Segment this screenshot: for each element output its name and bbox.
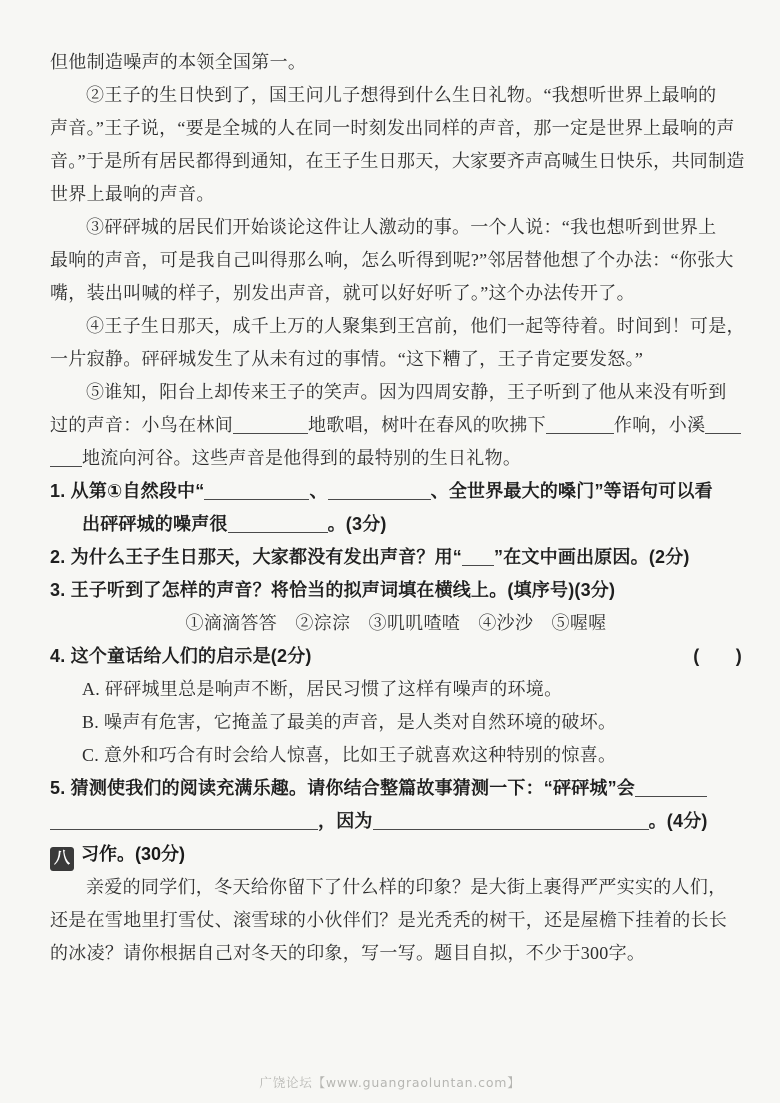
passage-para-5-line-3: 地流向河谷。这些声音是他得到的最特别的生日礼物。 — [50, 442, 742, 475]
text-segment: 但他制造噪声的本领全国第一。 — [50, 52, 306, 72]
line-content: ①滴滴答答 ②淙淙 ③叽叽喳喳 ④沙沙 ⑤喔喔 — [186, 613, 607, 633]
line-content: ，因为。(4分) — [50, 811, 708, 831]
section-number-badge: 八 — [50, 847, 74, 871]
question-1-line-2: 出砰砰城的噪声很。(3分) — [50, 508, 742, 541]
text-segment: 一片寂静。砰砰城发生了从未有过的事情。“这下糟了，王子肯定要发怒。” — [50, 349, 643, 369]
text-segment: 最响的声音，可是我自己叫得那么响，怎么听得到呢?”邻居替他想了个办法：“你张大 — [50, 250, 734, 270]
essay-prompt-line-1: 亲爱的同学们，冬天给你留下了什么样的印象？是大街上裹得严严实实的人们， — [50, 871, 742, 904]
line-content: 过的声音：小鸟在林间地歌唱，树叶在春风的吹拂下作响，小溪 — [50, 415, 741, 435]
text-segment: 亲爱的同学们，冬天给你留下了什么样的印象？是大街上裹得严严实实的人们， — [86, 877, 727, 897]
text-segment: 3. 王子听到了怎样的声音？将恰当的拟声词填在横线上。(填序号)(3分) — [50, 580, 615, 600]
blank-field — [462, 549, 494, 566]
blank-field — [705, 417, 741, 434]
text-segment: 声音。”王子说，“要是全城的人在同一时刻发出同样的声音，那一定是世界上最响的声 — [50, 118, 735, 138]
text-segment: 。(4分) — [649, 811, 708, 831]
text-segment: ，因为 — [318, 811, 373, 831]
question-4: 4. 这个童话给人们的启示是(2分)( ) — [50, 640, 742, 673]
passage-para-4-line-2: 一片寂静。砰砰城发生了从未有过的事情。“这下糟了，王子肯定要发怒。” — [50, 343, 742, 376]
question-3: 3. 王子听到了怎样的声音？将恰当的拟声词填在横线上。(填序号)(3分) — [50, 574, 742, 607]
line-content: ⑤谁知，阳台上却传来王子的笑声。因为四周安静，王子听到了他从来没有听到 — [86, 382, 727, 402]
line-content: 3. 王子听到了怎样的声音？将恰当的拟声词填在横线上。(填序号)(3分) — [50, 580, 615, 600]
line-content: 一片寂静。砰砰城发生了从未有过的事情。“这下糟了，王子肯定要发怒。” — [50, 349, 643, 369]
text-segment: 的冰凌？请你根据自己对冬天的印象，写一写。题目自拟，不少于300字。 — [50, 943, 645, 963]
line-content: 还是在雪地里打雪仗、滚雪球的小伙伴们？是光秃秃的树干，还是屋檐下挂着的长长 — [50, 910, 727, 930]
question-4-choice-c: C. 意外和巧合有时会给人惊喜，比如王子就喜欢这种特别的惊喜。 — [50, 739, 742, 772]
text-segment: ④王子生日那天，成千上万的人聚集到王宫前，他们一起等待着。时间到！可是， — [86, 316, 745, 336]
text-segment: 。(3分) — [328, 514, 387, 534]
question-1-line-1: 1. 从第①自然段中“、、全世界最大的嗓门”等语句可以看 — [50, 475, 742, 508]
passage-para-2-line-2: 声音。”王子说，“要是全城的人在同一时刻发出同样的声音，那一定是世界上最响的声 — [50, 112, 742, 145]
line-content: 1. 从第①自然段中“、、全世界最大的嗓门”等语句可以看 — [50, 481, 713, 501]
essay-prompt-line-2: 还是在雪地里打雪仗、滚雪球的小伙伴们？是光秃秃的树干，还是屋檐下挂着的长长 — [50, 904, 742, 937]
passage-para-4-line-1: ④王子生日那天，成千上万的人聚集到王宫前，他们一起等待着。时间到！可是， — [50, 310, 742, 343]
exam-paper-page: 但他制造噪声的本领全国第一。②王子的生日快到了，国王问儿子想得到什么生日礼物。“… — [0, 0, 780, 1103]
text-segment: 过的声音：小鸟在林间 — [50, 415, 233, 435]
text-segment: 嘴，装出叫喊的样子，别发出声音，就可以好好听了。”这个办法传开了。 — [50, 283, 635, 303]
blank-field — [635, 780, 707, 797]
section-8-header: 八习作。(30分) — [50, 838, 742, 871]
line-content: 出砰砰城的噪声很。(3分) — [82, 514, 387, 534]
passage-para-5-line-1: ⑤谁知，阳台上却传来王子的笑声。因为四周安静，王子听到了他从来没有听到 — [50, 376, 742, 409]
blank-field — [228, 516, 328, 533]
line-content: 嘴，装出叫喊的样子，别发出声音，就可以好好听了。”这个办法传开了。 — [50, 283, 635, 303]
passage-line-1: 但他制造噪声的本领全国第一。 — [50, 46, 742, 79]
text-segment: ①滴滴答答 ②淙淙 ③叽叽喳喳 ④沙沙 ⑤喔喔 — [186, 613, 607, 633]
exam-content: 但他制造噪声的本领全国第一。②王子的生日快到了，国王问儿子想得到什么生日礼物。“… — [50, 46, 742, 970]
blank-field — [50, 450, 82, 467]
text-segment: B. 噪声有危害，它掩盖了最美的声音，是人类对自然环境的破坏。 — [82, 712, 616, 732]
essay-prompt-line-3: 的冰凌？请你根据自己对冬天的印象，写一写。题目自拟，不少于300字。 — [50, 937, 742, 970]
line-content: 2. 为什么王子生日那天，大家都没有发出声音？用“”在文中画出原因。(2分) — [50, 547, 690, 567]
line-content: 的冰凌？请你根据自己对冬天的印象，写一写。题目自拟，不少于300字。 — [50, 943, 645, 963]
text-segment: 作响，小溪 — [614, 415, 706, 435]
text-segment: 1. 从第①自然段中“ — [50, 481, 204, 501]
text-segment: 4. 这个童话给人们的启示是(2分) — [50, 646, 312, 666]
line-content: C. 意外和巧合有时会给人惊喜，比如王子就喜欢这种特别的惊喜。 — [82, 745, 616, 765]
line-content: 地流向河谷。这些声音是他得到的最特别的生日礼物。 — [50, 448, 521, 468]
text-segment: 地流向河谷。这些声音是他得到的最特别的生日礼物。 — [82, 448, 521, 468]
text-segment: ⑤谁知，阳台上却传来王子的笑声。因为四周安静，王子听到了他从来没有听到 — [86, 382, 727, 402]
passage-para-3-line-1: ③砰砰城的居民们开始谈论这件让人激动的事。一个人说：“我也想听到世界上 — [50, 211, 742, 244]
question-5-line-1: 5. 猜测使我们的阅读充满乐趣。请你结合整篇故事猜测一下：“砰砰城”会 — [50, 772, 742, 805]
text-segment: 出砰砰城的噪声很 — [82, 514, 228, 534]
question-3-options: ①滴滴答答 ②淙淙 ③叽叽喳喳 ④沙沙 ⑤喔喔 — [50, 607, 742, 640]
text-segment: 2. 为什么王子生日那天，大家都没有发出声音？用“ — [50, 547, 462, 567]
text-segment: 世界上最响的声音。 — [50, 184, 215, 204]
blank-field — [328, 483, 431, 500]
text-segment: C. 意外和巧合有时会给人惊喜，比如王子就喜欢这种特别的惊喜。 — [82, 745, 616, 765]
blank-field — [373, 813, 649, 830]
blank-field — [233, 417, 308, 434]
line-content: 音。”于是所有居民都得到通知，在王子生日那天，大家要齐声高喊生日快乐，共同制造 — [50, 151, 745, 171]
line-content: 但他制造噪声的本领全国第一。 — [50, 52, 306, 72]
passage-para-2-line-3: 音。”于是所有居民都得到通知，在王子生日那天，大家要齐声高喊生日快乐，共同制造 — [50, 145, 742, 178]
blank-field — [546, 417, 614, 434]
passage-para-3-line-2: 最响的声音，可是我自己叫得那么响，怎么听得到呢?”邻居替他想了个办法：“你张大 — [50, 244, 742, 277]
passage-para-2-line-4: 世界上最响的声音。 — [50, 178, 742, 211]
text-segment: 地歌唱，树叶在春风的吹拂下 — [308, 415, 546, 435]
line-content: 世界上最响的声音。 — [50, 184, 215, 204]
passage-para-5-line-2: 过的声音：小鸟在林间地歌唱，树叶在春风的吹拂下作响，小溪 — [50, 409, 742, 442]
text-segment: ③砰砰城的居民们开始谈论这件让人激动的事。一个人说：“我也想听到世界上 — [86, 217, 717, 237]
line-content: 亲爱的同学们，冬天给你留下了什么样的印象？是大街上裹得严严实实的人们， — [86, 877, 727, 897]
answer-bracket: ( ) — [693, 640, 742, 673]
line-content: ④王子生日那天，成千上万的人聚集到王宫前，他们一起等待着。时间到！可是， — [86, 316, 745, 336]
watermark-footer: 广饶论坛【www.guangraoluntan.com】 — [0, 1073, 780, 1091]
line-content: B. 噪声有危害，它掩盖了最美的声音，是人类对自然环境的破坏。 — [82, 712, 616, 732]
blank-field — [204, 483, 309, 500]
blank-field — [50, 813, 318, 830]
text-segment: 习作。(30分) — [81, 844, 185, 864]
text-segment: 5. 猜测使我们的阅读充满乐趣。请你结合整篇故事猜测一下：“砰砰城”会 — [50, 778, 635, 798]
text-segment: ②王子的生日快到了，国王问儿子想得到什么生日礼物。“我想听世界上最响的 — [86, 85, 717, 105]
text-segment: A. 砰砰城里总是响声不断，居民习惯了这样有噪声的环境。 — [82, 679, 562, 699]
line-content: 八习作。(30分) — [50, 844, 185, 864]
question-5-line-2: ，因为。(4分) — [50, 805, 742, 838]
passage-para-2-line-1: ②王子的生日快到了，国王问儿子想得到什么生日礼物。“我想听世界上最响的 — [50, 79, 742, 112]
text-segment: ”在文中画出原因。(2分) — [494, 547, 690, 567]
text-segment: 音。”于是所有居民都得到通知，在王子生日那天，大家要齐声高喊生日快乐，共同制造 — [50, 151, 745, 171]
text-segment: 、全世界最大的嗓门”等语句可以看 — [431, 481, 713, 501]
line-content: ③砰砰城的居民们开始谈论这件让人激动的事。一个人说：“我也想听到世界上 — [86, 217, 717, 237]
line-content: 声音。”王子说，“要是全城的人在同一时刻发出同样的声音，那一定是世界上最响的声 — [50, 118, 735, 138]
question-4-choice-a: A. 砰砰城里总是响声不断，居民习惯了这样有噪声的环境。 — [50, 673, 742, 706]
passage-para-3-line-3: 嘴，装出叫喊的样子，别发出声音，就可以好好听了。”这个办法传开了。 — [50, 277, 742, 310]
line-content: A. 砰砰城里总是响声不断，居民习惯了这样有噪声的环境。 — [82, 679, 562, 699]
line-content: 5. 猜测使我们的阅读充满乐趣。请你结合整篇故事猜测一下：“砰砰城”会 — [50, 778, 707, 798]
question-4-choice-b: B. 噪声有危害，它掩盖了最美的声音，是人类对自然环境的破坏。 — [50, 706, 742, 739]
question-2: 2. 为什么王子生日那天，大家都没有发出声音？用“”在文中画出原因。(2分) — [50, 541, 742, 574]
line-content: 4. 这个童话给人们的启示是(2分) — [50, 640, 312, 673]
text-segment: 还是在雪地里打雪仗、滚雪球的小伙伴们？是光秃秃的树干，还是屋檐下挂着的长长 — [50, 910, 727, 930]
line-content: ②王子的生日快到了，国王问儿子想得到什么生日礼物。“我想听世界上最响的 — [86, 85, 717, 105]
text-segment: 、 — [309, 481, 327, 501]
line-content: 最响的声音，可是我自己叫得那么响，怎么听得到呢?”邻居替他想了个办法：“你张大 — [50, 250, 734, 270]
